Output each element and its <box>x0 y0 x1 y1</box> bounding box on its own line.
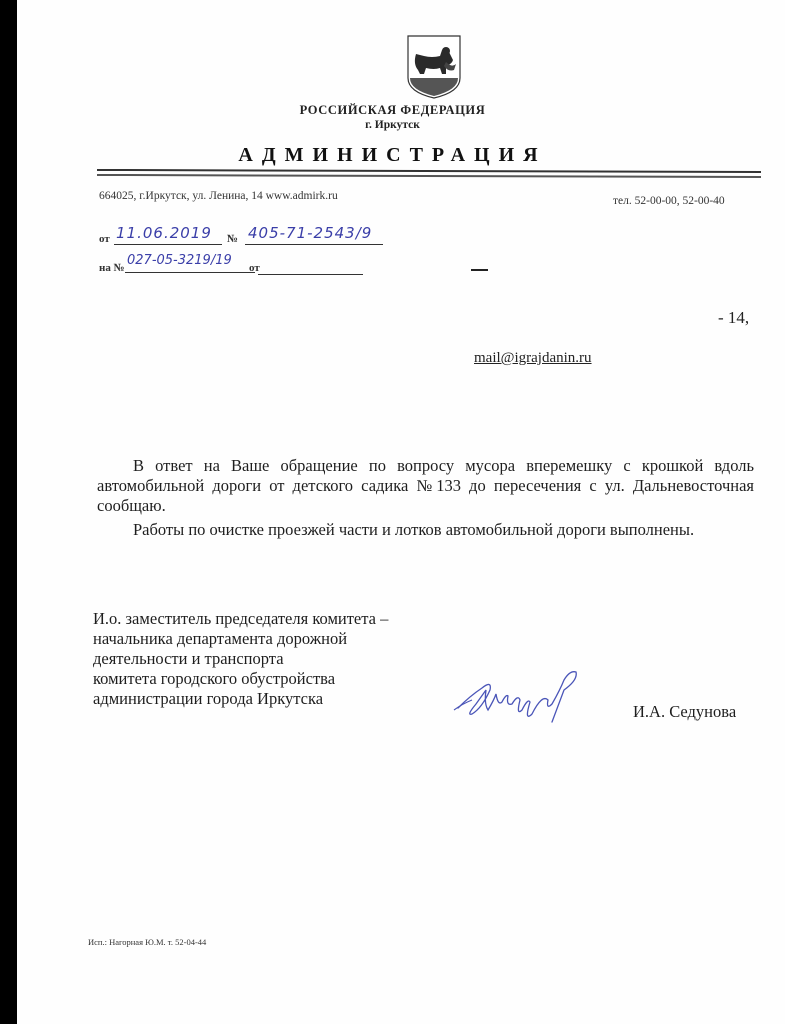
reply-to-label: на № <box>99 262 125 274</box>
coat-of-arms-icon <box>406 34 462 100</box>
reply-date-label: от <box>249 262 260 274</box>
body-paragraph: В ответ на Ваше обращение по вопросу мус… <box>97 456 754 516</box>
executor-note: Исп.: Нагорная Ю.М. т. 52-04-44 <box>88 937 206 947</box>
body-paragraph: Работы по очистке проезжей части и лотко… <box>97 520 754 540</box>
signatory-title-line: И.о. заместитель председателя комитета – <box>93 609 388 629</box>
letter-date: 11.06.2019 <box>116 224 212 242</box>
reply-number-underline <box>125 272 255 273</box>
recipient-dash <box>471 269 488 271</box>
signatory-title-line: начальника департамента дорожной <box>93 629 388 649</box>
from-label: от <box>99 233 110 245</box>
number-label: № <box>227 233 238 245</box>
signatory-title: И.о. заместитель председателя комитета –… <box>93 609 388 709</box>
country-heading: РОССИЙСКАЯ ФЕДЕРАЦИЯ <box>0 103 785 118</box>
letter-number: 405-71-2543/9 <box>248 224 372 242</box>
organization-phone: тел. 52-00-00, 52-00-40 <box>613 195 725 207</box>
number-underline <box>245 244 383 245</box>
signatory-name: И.А. Седунова <box>633 702 736 722</box>
reply-to-number: 027-05-3219/19 <box>127 253 232 268</box>
recipient-email: mail@igrajdanin.ru <box>474 350 592 367</box>
letter-body: В ответ на Ваше обращение по вопросу мус… <box>97 456 754 540</box>
signatory-title-line: комитета городского обустройства <box>93 669 388 689</box>
organization-title: АДМИНИСТРАЦИЯ <box>0 144 785 167</box>
date-underline <box>114 244 222 245</box>
reply-date-underline <box>258 274 363 275</box>
organization-address: 664025, г.Иркутск, ул. Ленина, 14 www.ad… <box>99 190 338 202</box>
recipient-address: - 14, <box>718 308 749 328</box>
signature-icon <box>452 660 597 728</box>
signatory-title-line: деятельности и транспорта <box>93 649 388 669</box>
signatory-title-line: администрации города Иркутска <box>93 689 388 709</box>
city-heading: г. Иркутск <box>0 119 785 131</box>
